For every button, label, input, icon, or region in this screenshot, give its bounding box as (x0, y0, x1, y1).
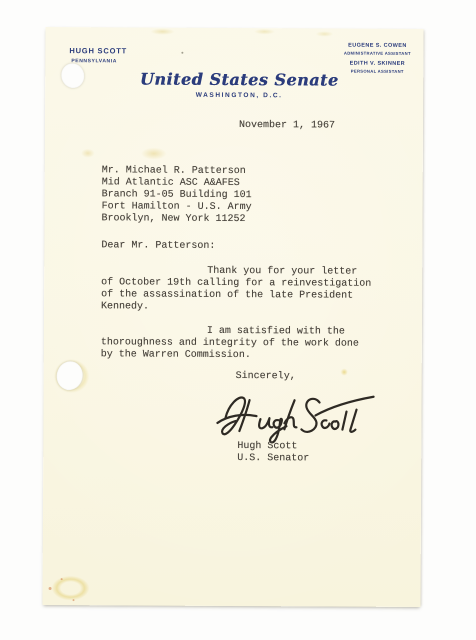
recipient-line: Fort Hamilton - U.S. Army (102, 201, 252, 214)
speck-mark (49, 587, 52, 590)
stain-mark (313, 30, 335, 37)
letterhead-staff-block: EUGENE S. COWEN ADMINISTRATIVE ASSISTANT… (331, 43, 423, 79)
body-line: Kennedy. (101, 301, 371, 314)
body-line: by the Warren Commission. (101, 349, 359, 362)
masthead-city: WASHINGTON, D.C. (50, 91, 428, 100)
letterhead-sender-block: HUGH SCOTT PENNSYLVANIA (69, 46, 127, 64)
signed-title: U.S. Senator (237, 453, 309, 465)
signature-typed-block: Hugh Scott U.S. Senator (237, 441, 309, 465)
stain-mark (340, 368, 349, 377)
stain-ring-mark (47, 573, 93, 603)
letter-date: November 1, 1967 (239, 120, 335, 133)
speck-mark (73, 599, 75, 601)
stain-mark (251, 28, 277, 35)
salutation: Dear Mr. Patterson: (101, 240, 215, 253)
recipient-address-block: Mr. Michael R. Patterson Mid Atlantic AS… (101, 165, 251, 226)
stain-mark (147, 28, 177, 36)
speck-mark (61, 578, 63, 580)
signature-handwriting (215, 392, 375, 447)
recipient-line: Mid Atlantic ASC A&AFES (102, 177, 252, 190)
body-paragraph-1: Thank you for your letter of October 19t… (101, 265, 371, 314)
stain-mark (137, 145, 171, 161)
body-paragraph-2: I am satisfied with the thoroughness and… (101, 325, 359, 362)
stain-mark (79, 147, 97, 159)
staff-name: EUGENE S. COWEN (331, 43, 423, 49)
letter-paper: HUGH SCOTT PENNSYLVANIA United States Se… (42, 27, 423, 607)
staff-title: ADMINISTRATIVE ASSISTANT (331, 51, 423, 56)
closing-word: Sincerely, (236, 371, 296, 383)
sender-name: HUGH SCOTT (69, 46, 127, 55)
recipient-line: Mr. Michael R. Patterson (102, 165, 252, 178)
staff-entry: EDITH V. SKINNER PERSONAL ASSISTANT (331, 61, 423, 74)
signed-name: Hugh Scott (237, 441, 309, 453)
recipient-line: Brooklyn, New York 11252 (101, 213, 251, 226)
staff-name: EDITH V. SKINNER (331, 61, 423, 67)
scanned-letter-page: HUGH SCOTT PENNSYLVANIA United States Se… (0, 0, 476, 640)
recipient-line: Branch 91-05 Building 101 (102, 189, 252, 202)
staff-entry: EUGENE S. COWEN ADMINISTRATIVE ASSISTANT (331, 43, 423, 56)
speck-mark (181, 52, 183, 54)
staff-title: PERSONAL ASSISTANT (331, 69, 423, 74)
sender-state: PENNSYLVANIA (71, 58, 127, 64)
